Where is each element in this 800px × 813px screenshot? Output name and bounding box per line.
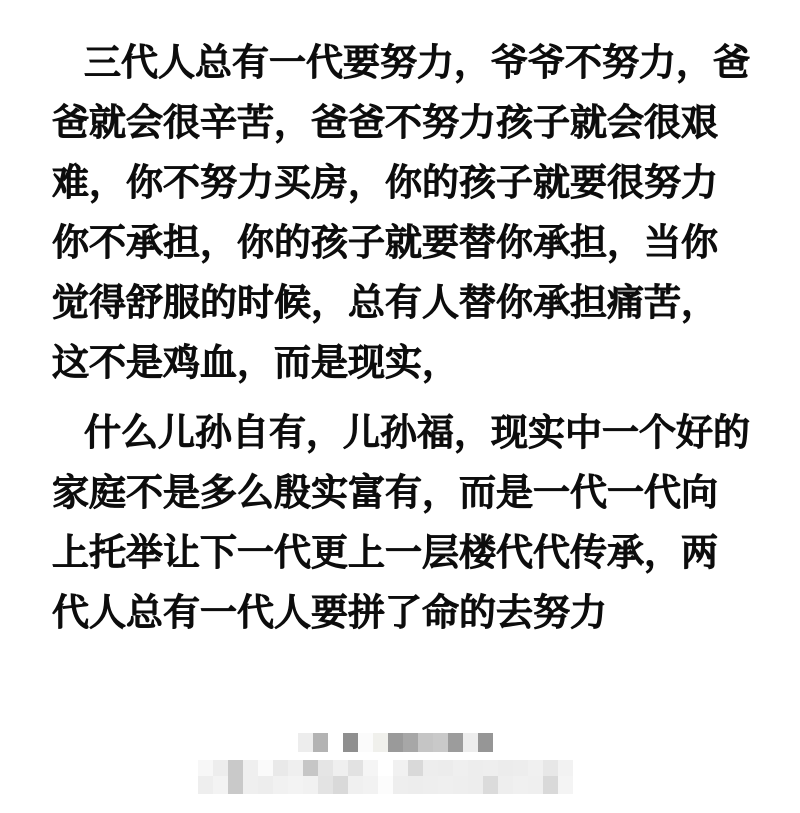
mosaic-cell bbox=[468, 760, 483, 776]
mosaic-cell bbox=[513, 760, 528, 776]
mosaic-cell bbox=[453, 760, 468, 776]
mosaic-cell bbox=[528, 776, 543, 794]
mosaic-cell bbox=[213, 760, 228, 776]
mosaic-cell bbox=[228, 776, 243, 794]
mosaic-cell bbox=[328, 733, 343, 752]
mosaic-cell bbox=[318, 776, 333, 794]
mosaic-cell bbox=[498, 760, 513, 776]
mosaic-cell bbox=[343, 733, 358, 752]
text-line: 你不承担，你的孩子就要替你承担，当你 bbox=[52, 213, 772, 273]
text-line: 觉得舒服的时候，总有人替你承担痛苦， bbox=[52, 273, 772, 333]
mosaic-cell bbox=[483, 760, 498, 776]
mosaic-cell bbox=[543, 776, 558, 794]
mosaic-cell bbox=[388, 733, 403, 752]
mosaic-cell bbox=[478, 733, 493, 752]
mosaic-cell bbox=[198, 776, 213, 794]
mosaic-cell bbox=[393, 760, 408, 776]
mosaic-cell bbox=[333, 776, 348, 794]
mosaic-cell bbox=[273, 776, 288, 794]
text-line: 上托举让下一代更上一层楼代代传承，两 bbox=[52, 523, 772, 583]
mosaic-cell bbox=[453, 776, 468, 794]
mosaic-cell bbox=[558, 776, 573, 794]
mosaic-cell bbox=[408, 776, 423, 794]
mosaic-cell bbox=[403, 733, 418, 752]
mosaic-cell bbox=[363, 760, 378, 776]
mosaic-cell bbox=[378, 760, 393, 776]
mosaic-cell bbox=[258, 760, 273, 776]
mosaic-cell bbox=[423, 776, 438, 794]
mosaic-cell bbox=[243, 760, 258, 776]
mosaic-cell bbox=[288, 776, 303, 794]
mosaic-cell bbox=[373, 733, 388, 752]
mosaic-cell bbox=[378, 776, 393, 794]
mosaic-cell bbox=[273, 760, 288, 776]
mosaic-cell bbox=[258, 776, 273, 794]
text-line: 难，你不努力买房，你的孩子就要很努力 bbox=[52, 153, 772, 213]
mosaic-cell bbox=[243, 776, 258, 794]
mosaic-cell bbox=[358, 733, 373, 752]
mosaic-cell bbox=[528, 760, 543, 776]
text-line: 三代人总有一代要努力，爷爷不努力，爸 bbox=[52, 33, 772, 93]
text-line: 代人总有一代人要拼了命的去努力 bbox=[52, 583, 772, 643]
mosaic-cell bbox=[393, 776, 408, 794]
paragraph-2: 什么儿孙自有，儿孙福，现实中一个好的 家庭不是多么殷实富有，而是一代一代向 上托… bbox=[52, 403, 772, 643]
mosaic-cell bbox=[303, 776, 318, 794]
mosaic-cell bbox=[468, 776, 483, 794]
page: 三代人总有一代要努力，爷爷不努力，爸 爸就会很辛苦，爸爸不努力孩子就会很艰 难，… bbox=[0, 0, 800, 813]
mosaic-cell bbox=[423, 760, 438, 776]
mosaic-cell bbox=[303, 760, 318, 776]
mosaic-cell bbox=[418, 733, 433, 752]
mosaic-cell bbox=[298, 733, 313, 752]
text-line: 这不是鸡血，而是现实， bbox=[52, 333, 772, 393]
text-block: 三代人总有一代要努力，爷爷不努力，爸 爸就会很辛苦，爸爸不努力孩子就会很艰 难，… bbox=[52, 33, 772, 643]
mosaic-cell bbox=[433, 733, 448, 752]
text-line: 什么儿孙自有，儿孙福，现实中一个好的 bbox=[52, 403, 772, 463]
mosaic-cell bbox=[463, 733, 478, 752]
mosaic-cell bbox=[333, 760, 348, 776]
mosaic-cell bbox=[498, 776, 513, 794]
mosaic-cell bbox=[213, 776, 228, 794]
text-line: 家庭不是多么殷实富有，而是一代一代向 bbox=[52, 463, 772, 523]
mosaic-cell bbox=[513, 776, 528, 794]
mosaic-cell bbox=[483, 776, 498, 794]
mosaic-cell bbox=[348, 776, 363, 794]
mosaic-cell bbox=[318, 760, 333, 776]
mosaic-cell bbox=[408, 760, 423, 776]
mosaic-cell bbox=[363, 776, 378, 794]
mosaic-cell bbox=[228, 760, 243, 776]
mosaic-cell bbox=[313, 733, 328, 752]
mosaic-cell bbox=[558, 760, 573, 776]
mosaic-cell bbox=[438, 776, 453, 794]
mosaic-cell bbox=[198, 760, 213, 776]
mosaic-cell bbox=[448, 733, 463, 752]
text-line: 爸就会很辛苦，爸爸不努力孩子就会很艰 bbox=[52, 93, 772, 153]
mosaic-cell bbox=[543, 760, 558, 776]
mosaic-cell bbox=[288, 760, 303, 776]
paragraph-1: 三代人总有一代要努力，爷爷不努力，爸 爸就会很辛苦，爸爸不努力孩子就会很艰 难，… bbox=[52, 33, 772, 393]
mosaic-cell bbox=[348, 760, 363, 776]
mosaic-cell bbox=[438, 760, 453, 776]
